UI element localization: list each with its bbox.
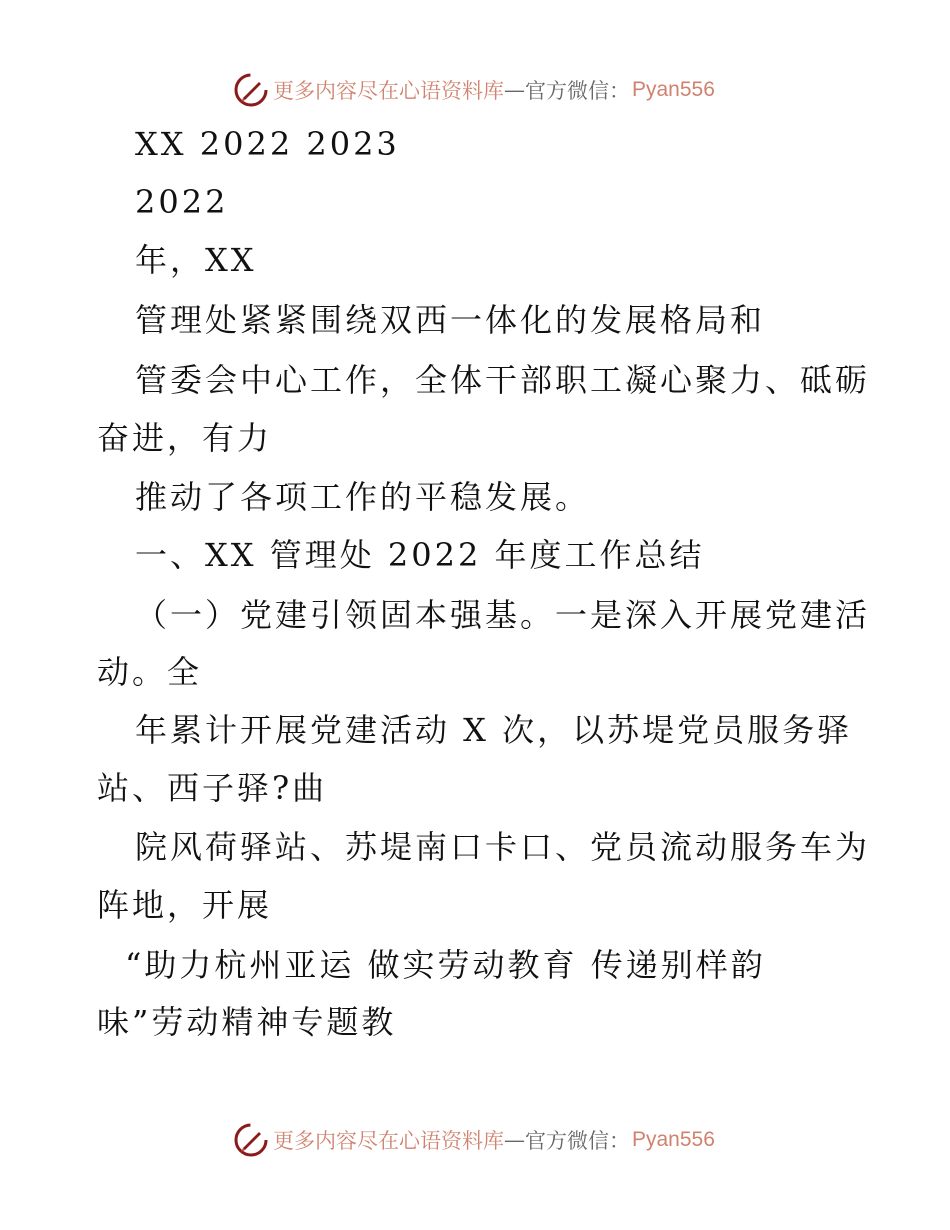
footer-watermark: 更多内容尽在心语资料库 — 官方微信： Pyan556 [233,1120,715,1160]
doc-line: 管委会中心工作，全体干部职工凝心聚力、砥砺 [135,360,870,400]
doc-line: 年，XX [135,240,257,280]
watermark-dash: — [504,78,525,102]
section-heading: 一、XX 管理处 2022 年度工作总结 [135,535,705,575]
doc-line: 推动了各项工作的平稳发展。 [135,477,590,517]
watermark-wechat-label: 官方微信： [525,75,630,105]
doc-line: 管理处紧紧围绕双西一体化的发展格局和 [135,300,765,340]
doc-line: 站、西子驿?曲 [97,768,327,808]
header-watermark: 更多内容尽在心语资料库 — 官方微信： Pyan556 [233,70,715,110]
doc-line: 年累计开展党建活动 X 次，以苏堤党员服务驿 [135,710,852,750]
pen-logo-icon [233,72,269,108]
doc-line: 阵地，开展 [97,885,272,925]
watermark-site-text: 更多内容尽在心语资料库 [273,1125,504,1155]
doc-line: XX 2022 2023 [135,124,400,164]
doc-line: 奋进，有力 [97,418,272,458]
doc-line: 动。全 [97,652,202,692]
doc-line: 味”劳动精神专题教 [97,1002,396,1042]
pen-logo-icon [233,1122,269,1158]
doc-line: “助力杭州亚运 做实劳动教育 传递别样韵 [125,945,766,985]
watermark-wechat-label: 官方微信： [525,1125,630,1155]
watermark-site-text: 更多内容尽在心语资料库 [273,75,504,105]
watermark-dash: — [504,1128,525,1152]
doc-line: （一）党建引领固本强基。一是深入开展党建活 [135,595,870,635]
doc-line: 2022 [135,182,228,222]
doc-line: 院风荷驿站、苏堤南口卡口、党员流动服务车为 [135,827,870,867]
watermark-wechat-id: Pyan556 [632,78,715,102]
watermark-wechat-id: Pyan556 [632,1128,715,1152]
